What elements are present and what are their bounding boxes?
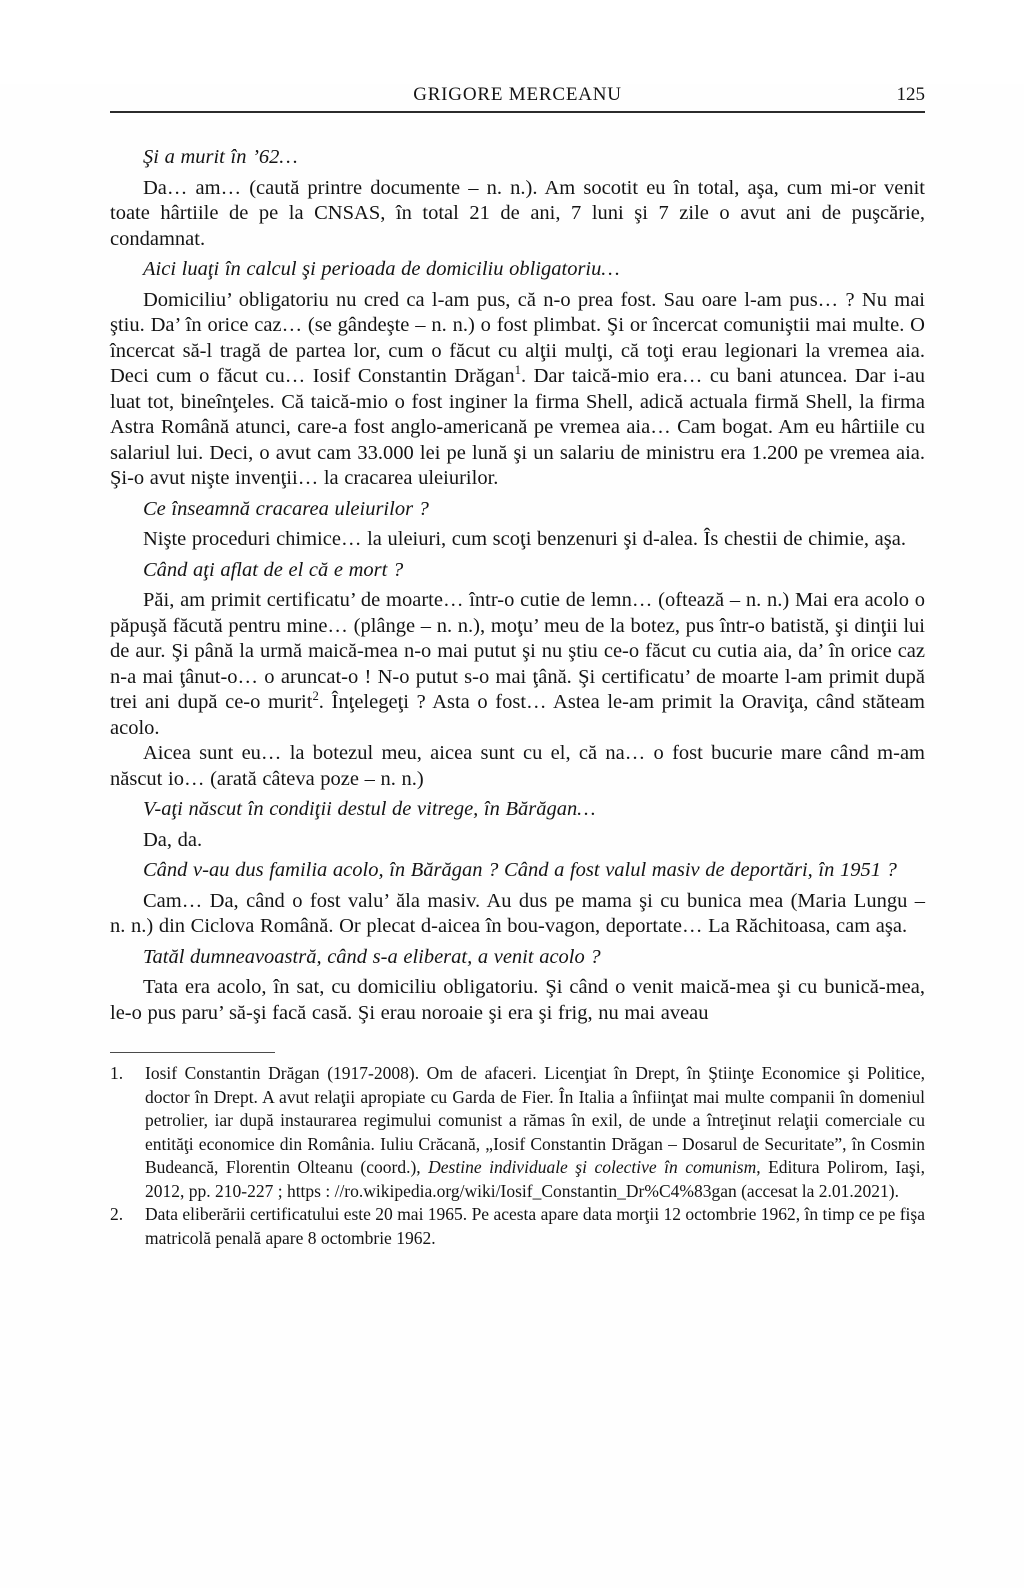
- book-page: GRIGORE MERCEANU 125 Şi a murit în ’62…D…: [0, 84, 1024, 1588]
- text-run: Şi a murit în ’62…: [143, 146, 298, 168]
- footnote-separator: [110, 1052, 275, 1053]
- text-run: Destine individuale şi colective în comu…: [428, 1157, 756, 1177]
- text-run: Când v-au dus familia acolo, în Bărăgan …: [143, 859, 897, 881]
- text-run: Când aţi aflat de el că e mort ?: [143, 559, 403, 581]
- text-run: Da, da.: [143, 829, 202, 851]
- page-header: GRIGORE MERCEANU 125: [110, 84, 925, 113]
- text-run: V-aţi născut în condiţii destul de vitre…: [143, 798, 595, 820]
- footnote-list: 1.Iosif Constantin Drăgan (1917-2008). O…: [110, 1062, 925, 1250]
- page-body: Şi a murit în ’62…Da… am… (caută printre…: [110, 145, 925, 1026]
- question-paragraph: Aici luaţi în calcul şi perioada de domi…: [110, 257, 925, 283]
- footnote-text: Data eliberării certificatului este 20 m…: [145, 1204, 925, 1248]
- answer-paragraph: Nişte proceduri chimice… la uleiuri, cum…: [110, 527, 925, 553]
- footnote-text: Iosif Constantin Drăgan (1917-2008). Om …: [145, 1063, 925, 1201]
- header-page-number: 125: [897, 84, 926, 106]
- answer-paragraph: Aicea sunt eu… la botezul meu, aicea sun…: [110, 741, 925, 792]
- footnote: 2.Data eliberării certificatului este 20…: [110, 1203, 925, 1250]
- text-run: Da… am… (caută printre documente – n. n.…: [110, 177, 925, 250]
- footnote: 1.Iosif Constantin Drăgan (1917-2008). O…: [110, 1062, 925, 1203]
- text-run: Data eliberării certificatului este 20 m…: [145, 1204, 925, 1248]
- answer-paragraph: Da, da.: [110, 828, 925, 854]
- question-paragraph: Când aţi aflat de el că e mort ?: [110, 558, 925, 584]
- footnote-number: 1.: [110, 1062, 123, 1086]
- text-run: Tatăl dumneavoastră, când s-a eliberat, …: [143, 946, 601, 968]
- text-run: Aici luaţi în calcul şi perioada de domi…: [143, 258, 620, 280]
- answer-paragraph: Tata era acolo, în sat, cu domiciliu obl…: [110, 975, 925, 1026]
- answer-paragraph: Cam… Da, când o fost valu’ ăla masiv. Au…: [110, 889, 925, 940]
- question-paragraph: Şi a murit în ’62…: [110, 145, 925, 171]
- text-run: Tata era acolo, în sat, cu domiciliu obl…: [110, 976, 925, 1024]
- question-paragraph: Ce înseamnă cracarea uleiurilor ?: [110, 497, 925, 523]
- answer-paragraph: Domiciliu’ obligatoriu nu cred ca l-am p…: [110, 288, 925, 492]
- question-paragraph: Când v-au dus familia acolo, în Bărăgan …: [110, 858, 925, 884]
- text-run: Nişte proceduri chimice… la uleiuri, cum…: [143, 528, 906, 550]
- question-paragraph: Tatăl dumneavoastră, când s-a eliberat, …: [110, 945, 925, 971]
- footnote-number: 2.: [110, 1203, 123, 1227]
- header-title: GRIGORE MERCEANU: [413, 84, 622, 105]
- question-paragraph: V-aţi născut în condiţii destul de vitre…: [110, 797, 925, 823]
- text-run: Cam… Da, când o fost valu’ ăla masiv. Au…: [110, 890, 925, 938]
- text-run: Aicea sunt eu… la botezul meu, aicea sun…: [110, 742, 925, 790]
- answer-paragraph: Da… am… (caută printre documente – n. n.…: [110, 176, 925, 253]
- footnotes-section: 1.Iosif Constantin Drăgan (1917-2008). O…: [110, 1052, 925, 1250]
- text-run: Ce înseamnă cracarea uleiurilor ?: [143, 498, 429, 520]
- answer-paragraph: Păi, am primit certificatu’ de moarte… î…: [110, 588, 925, 741]
